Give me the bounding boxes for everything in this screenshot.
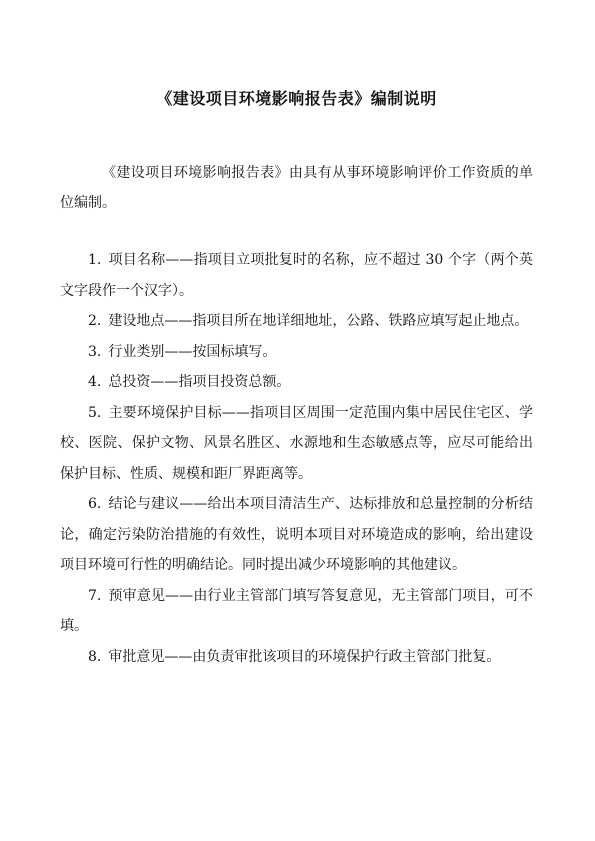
item-text: 审批意见——由负责审批该项目的环境保护行政主管部门批复。 xyxy=(108,649,500,665)
instruction-item-7: 7.预审意见——由行业主管部门填写答复意见，无主管部门项目，可不填。 xyxy=(60,581,533,642)
item-text: 行业类别——按国标填写。 xyxy=(108,344,276,360)
item-number: 4. xyxy=(88,374,101,390)
item-number: 2. xyxy=(88,313,101,329)
item-number: 8. xyxy=(88,649,101,665)
instruction-list: 1.项目名称——指项目立项批复时的名称，应不超过 30 个字（两个英文字段作一个… xyxy=(60,245,533,672)
instruction-item-3: 3.行业类别——按国标填写。 xyxy=(60,337,533,368)
item-text: 预审意见——由行业主管部门填写答复意见，无主管部门项目，可不填。 xyxy=(60,588,533,635)
item-text: 主要环境保护目标——指项目区周围一定范围内集中居民住宅区、学校、医院、保护文物、… xyxy=(60,405,533,482)
item-number: 7. xyxy=(88,588,101,604)
item-text: 项目名称——指项目立项批复时的名称，应不超过 30 个字（两个英文字段作一个汉字… xyxy=(60,252,533,299)
instruction-item-1: 1.项目名称——指项目立项批复时的名称，应不超过 30 个字（两个英文字段作一个… xyxy=(60,245,533,306)
instruction-item-6: 6.结论与建议——给出本项目清洁生产、达标排放和总量控制的分析结论，确定污染防治… xyxy=(60,489,533,581)
instruction-item-2: 2.建设地点——指项目所在地详细地址，公路、铁路应填写起止地点。 xyxy=(60,306,533,337)
document-title: 《建设项目环境影响报告表》编制说明 xyxy=(60,88,533,109)
item-text: 建设地点——指项目所在地详细地址，公路、铁路应填写起止地点。 xyxy=(108,313,528,329)
item-number: 6. xyxy=(88,496,101,512)
item-number: 5. xyxy=(88,405,101,421)
document-content: 《建设项目环境影响报告表》编制说明 《建设项目环境影响报告表》由具有从事环境影响… xyxy=(0,0,595,672)
item-number: 3. xyxy=(88,344,101,360)
instruction-item-5: 5.主要环境保护目标——指项目区周围一定范围内集中居民住宅区、学校、医院、保护文… xyxy=(60,398,533,490)
item-number: 1. xyxy=(88,252,101,268)
instruction-item-4: 4.总投资——指项目投资总额。 xyxy=(60,367,533,398)
document-page: 《建设项目环境影响报告表》编制说明 《建设项目环境影响报告表》由具有从事环境影响… xyxy=(0,0,595,841)
instruction-item-8: 8.审批意见——由负责审批该项目的环境保护行政主管部门批复。 xyxy=(60,642,533,673)
intro-paragraph: 《建设项目环境影响报告表》由具有从事环境影响评价工作资质的单位编制。 xyxy=(60,158,533,218)
item-text: 结论与建议——给出本项目清洁生产、达标排放和总量控制的分析结论，确定污染防治措施… xyxy=(60,496,533,573)
item-text: 总投资——指项目投资总额。 xyxy=(108,374,290,390)
